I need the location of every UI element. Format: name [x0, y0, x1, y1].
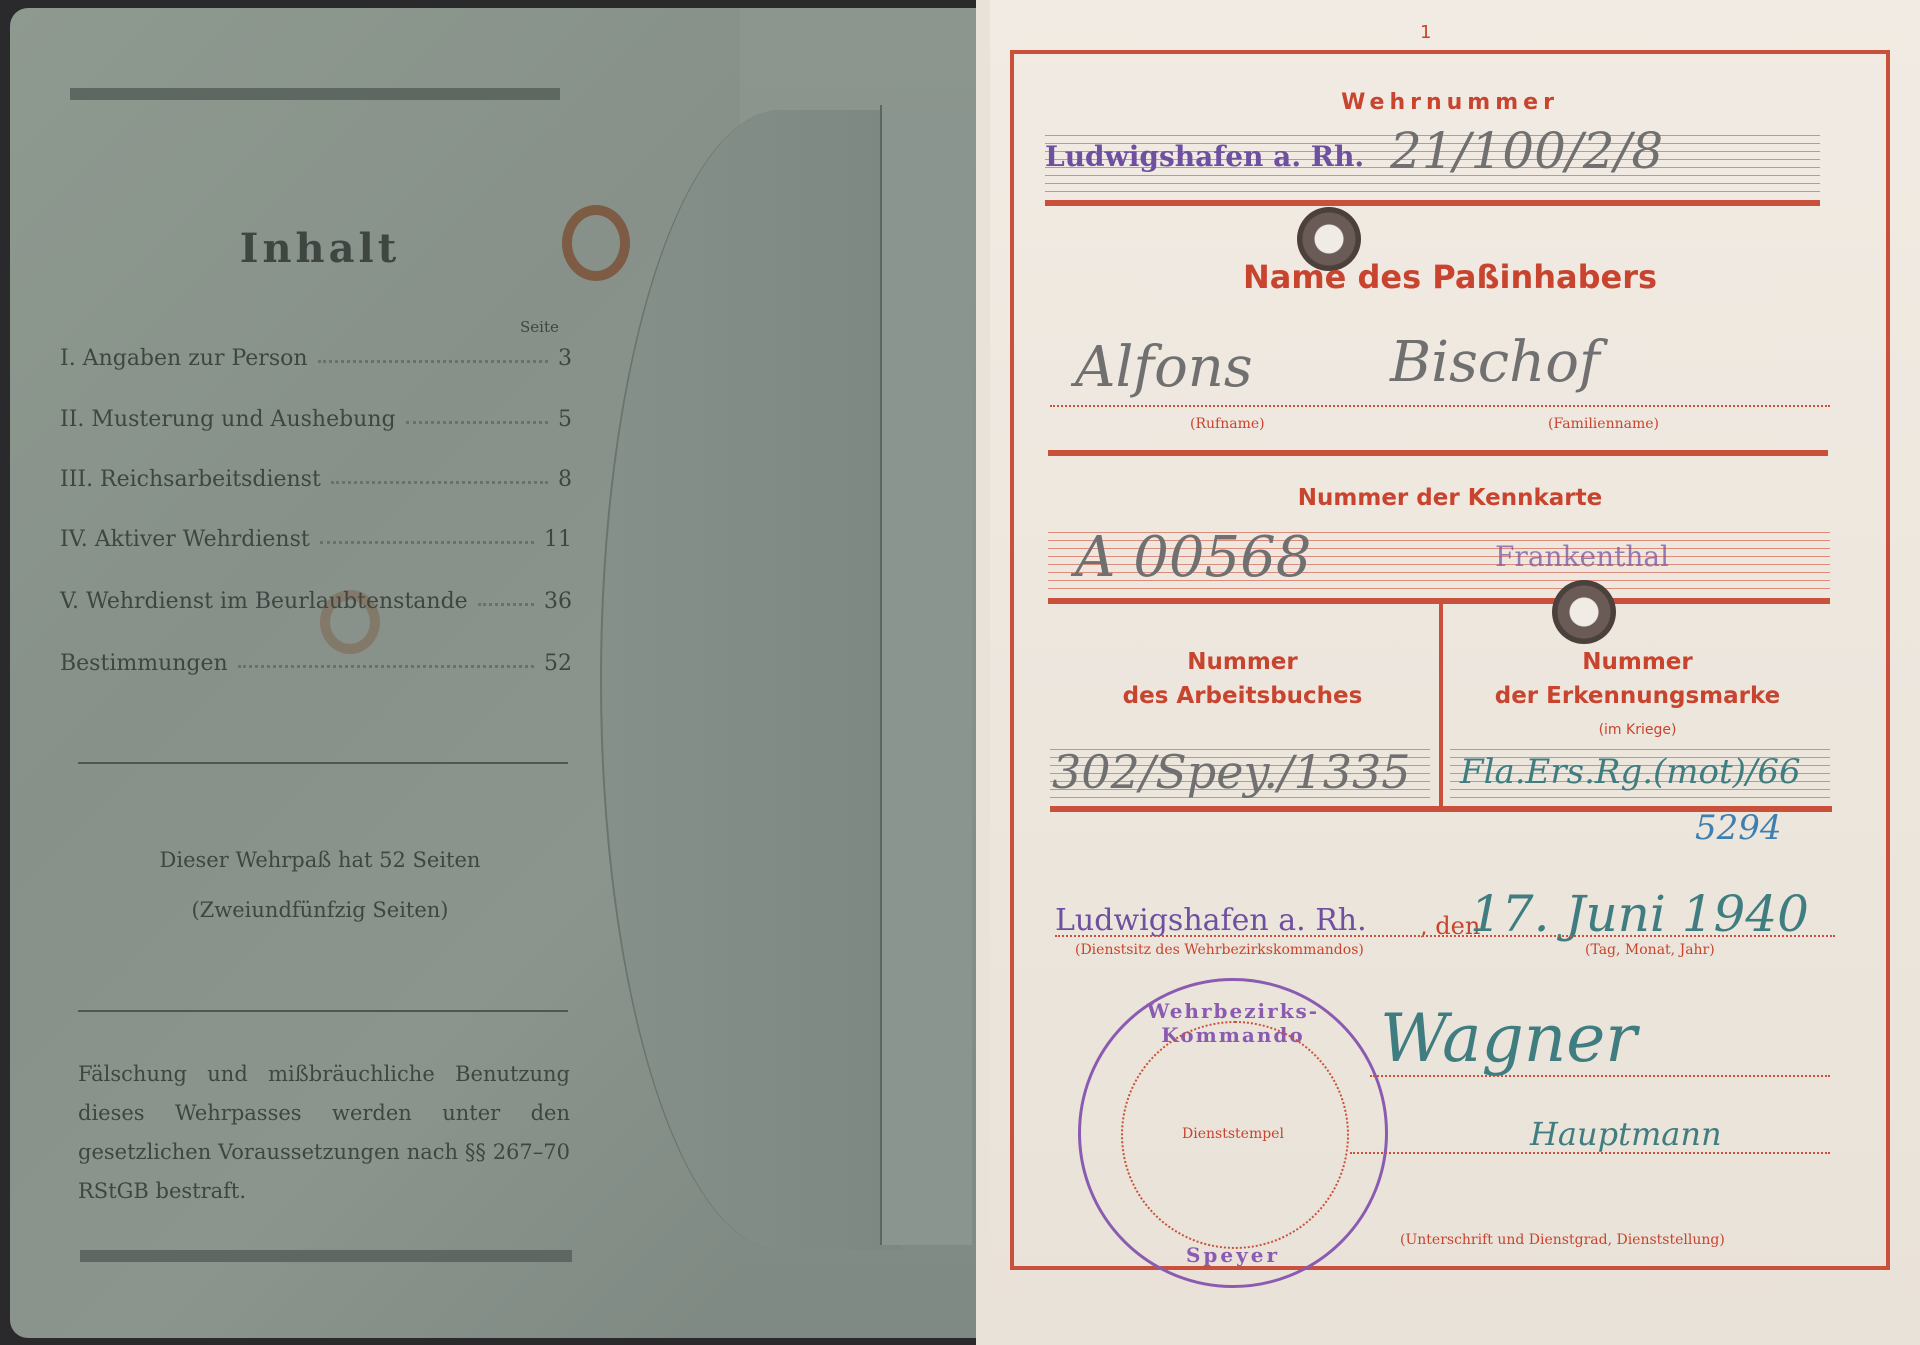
issue-place-caption: (Dienstsitz des Wehrbezirkskommandos) [1075, 942, 1364, 958]
toc-entry: III. Reichsarbeitsdienst 8 [60, 467, 572, 492]
toc-entry: I. Angaben zur Person 3 [60, 346, 572, 371]
wehrnummer-stamp-location: Ludwigshafen a. Rh. [1045, 140, 1364, 173]
forgery-warning: Fälschung und mißbräuchliche Benutzung d… [78, 1055, 570, 1211]
page-count-words: (Zweiundfünfzig Seiten) [60, 898, 580, 922]
kennkarte-label: Nummer der Kennkarte [1040, 485, 1860, 511]
wehrnummer-label: Wehrnummer [1040, 90, 1860, 115]
toc-entry: IV. Aktiver Wehrdienst 11 [60, 527, 572, 552]
erkennungsmarke-value: Fla.Ers.Rg.(mot)/66 [1460, 752, 1801, 792]
toc-entry-label: V. Wehrdienst im Beurlaubtenstande [60, 589, 468, 614]
toc-entry-page: 36 [544, 589, 572, 614]
stamp-center-caption: Dienststempel [1081, 1126, 1385, 1142]
signature-caption: (Unterschrift und Dienstgrad, Dienststel… [1400, 1232, 1725, 1248]
arbeitsbuch-label: Nummer des Arbeitsbuches [1050, 645, 1435, 713]
signature: Wagner [1380, 1000, 1637, 1077]
eyelet-grommet [1552, 580, 1616, 644]
erkennungsmarke-label: Nummer der Erkennungsmarke (im Kriege) [1445, 645, 1830, 747]
issue-line [1055, 935, 1835, 937]
divider [78, 762, 568, 764]
page-count-line: Dieser Wehrpaß hat 52 Seiten [60, 848, 580, 872]
first-name-caption: (Rufname) [1190, 416, 1265, 432]
rank-line [1350, 1152, 1830, 1154]
arbeitsbuch-label-line1: Nummer [1050, 645, 1435, 679]
first-name-value: Alfons [1075, 335, 1253, 400]
toc-entry-page: 11 [544, 527, 572, 552]
toc-entry-label: III. Reichsarbeitsdienst [60, 467, 321, 492]
issue-date-caption: (Tag, Monat, Jahr) [1585, 942, 1715, 958]
toc-entry-page: 5 [558, 407, 572, 432]
toc-entry-label: II. Musterung und Aushebung [60, 407, 396, 432]
toc-entry: II. Musterung und Aushebung 5 [60, 407, 572, 432]
toc-entry: V. Wehrdienst im Beurlaubtenstande 36 [60, 589, 572, 614]
official-stamp: Wehrbezirks-Kommando Dienststempel Speye… [1078, 978, 1388, 1288]
erkennungsmarke-label-line1: Nummer [1445, 645, 1830, 679]
bottom-rule [80, 1250, 572, 1262]
passholder-name-label: Name des Paßinhabers [1040, 258, 1860, 296]
kennkarte-stamp-location: Frankenthal [1495, 540, 1669, 573]
rule [1048, 450, 1828, 456]
name-line [1050, 405, 1830, 407]
toc-entry-label: I. Angaben zur Person [60, 346, 308, 371]
pocket-inner [880, 105, 972, 1245]
family-name-value: Bischof [1390, 330, 1600, 395]
column-divider [1439, 600, 1443, 810]
rule [1045, 200, 1820, 206]
toc-entry-page: 8 [558, 467, 572, 492]
erkennungsmarke-extra: 5294 [1695, 808, 1782, 848]
page-number: 1 [1420, 22, 1431, 43]
family-name-caption: (Familienname) [1548, 416, 1659, 432]
kennkarte-value: A 00568 [1075, 525, 1311, 590]
rank: Hauptmann [1530, 1115, 1722, 1153]
arbeitsbuch-value: 302/Spey./1335 [1052, 745, 1411, 799]
toc-entry: Bestimmungen 52 [60, 651, 572, 676]
arbeitsbuch-label-line2: des Arbeitsbuches [1050, 679, 1435, 713]
issue-place-stamp: Ludwigshafen a. Rh. [1055, 903, 1367, 938]
wehrnummer-value: 21/100/2/8 [1390, 122, 1663, 180]
stamp-bottom-text: Speyer [1081, 1243, 1385, 1267]
toc-entry-page: 52 [544, 651, 572, 676]
toc-entry-label: IV. Aktiver Wehrdienst [60, 527, 310, 552]
signature-line [1370, 1075, 1830, 1077]
toc-title: Inhalt [0, 225, 640, 272]
top-rule [70, 88, 560, 100]
erkennungsmarke-label-line2: der Erkennungsmarke [1445, 679, 1830, 713]
toc-entry-label: Bestimmungen [60, 651, 228, 676]
toc-entry-page: 3 [558, 346, 572, 371]
divider [78, 1010, 568, 1012]
toc-page-column-label: Seite [520, 318, 559, 336]
spine-edge [976, 0, 990, 1345]
